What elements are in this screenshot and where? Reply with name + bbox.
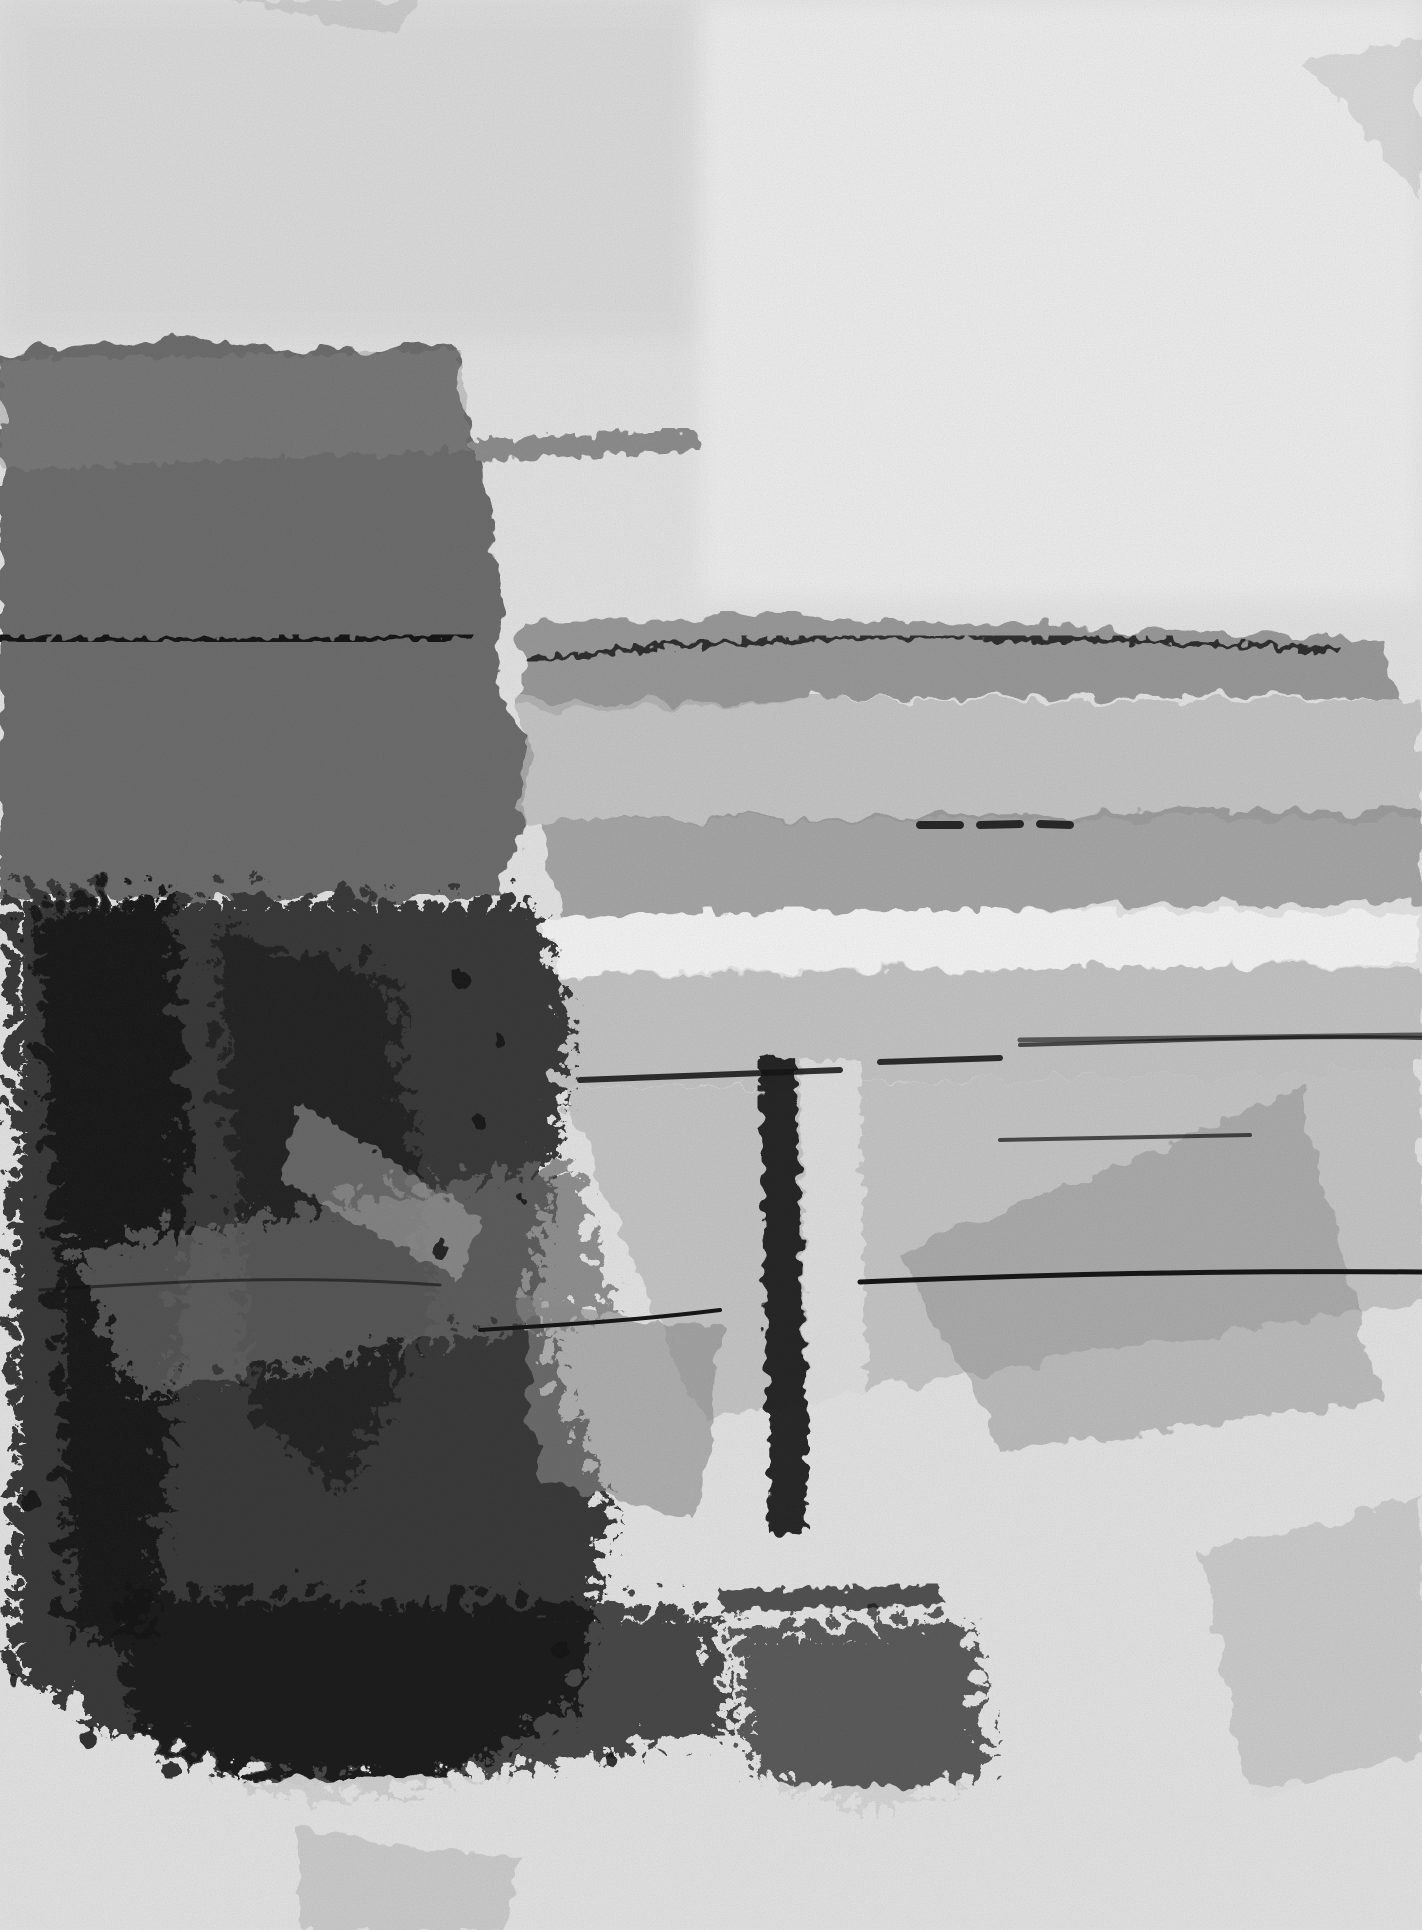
- painting-photograph: Black-and-white photograph of a heavily …: [0, 0, 1422, 1930]
- painting-surface: [0, 0, 1422, 1930]
